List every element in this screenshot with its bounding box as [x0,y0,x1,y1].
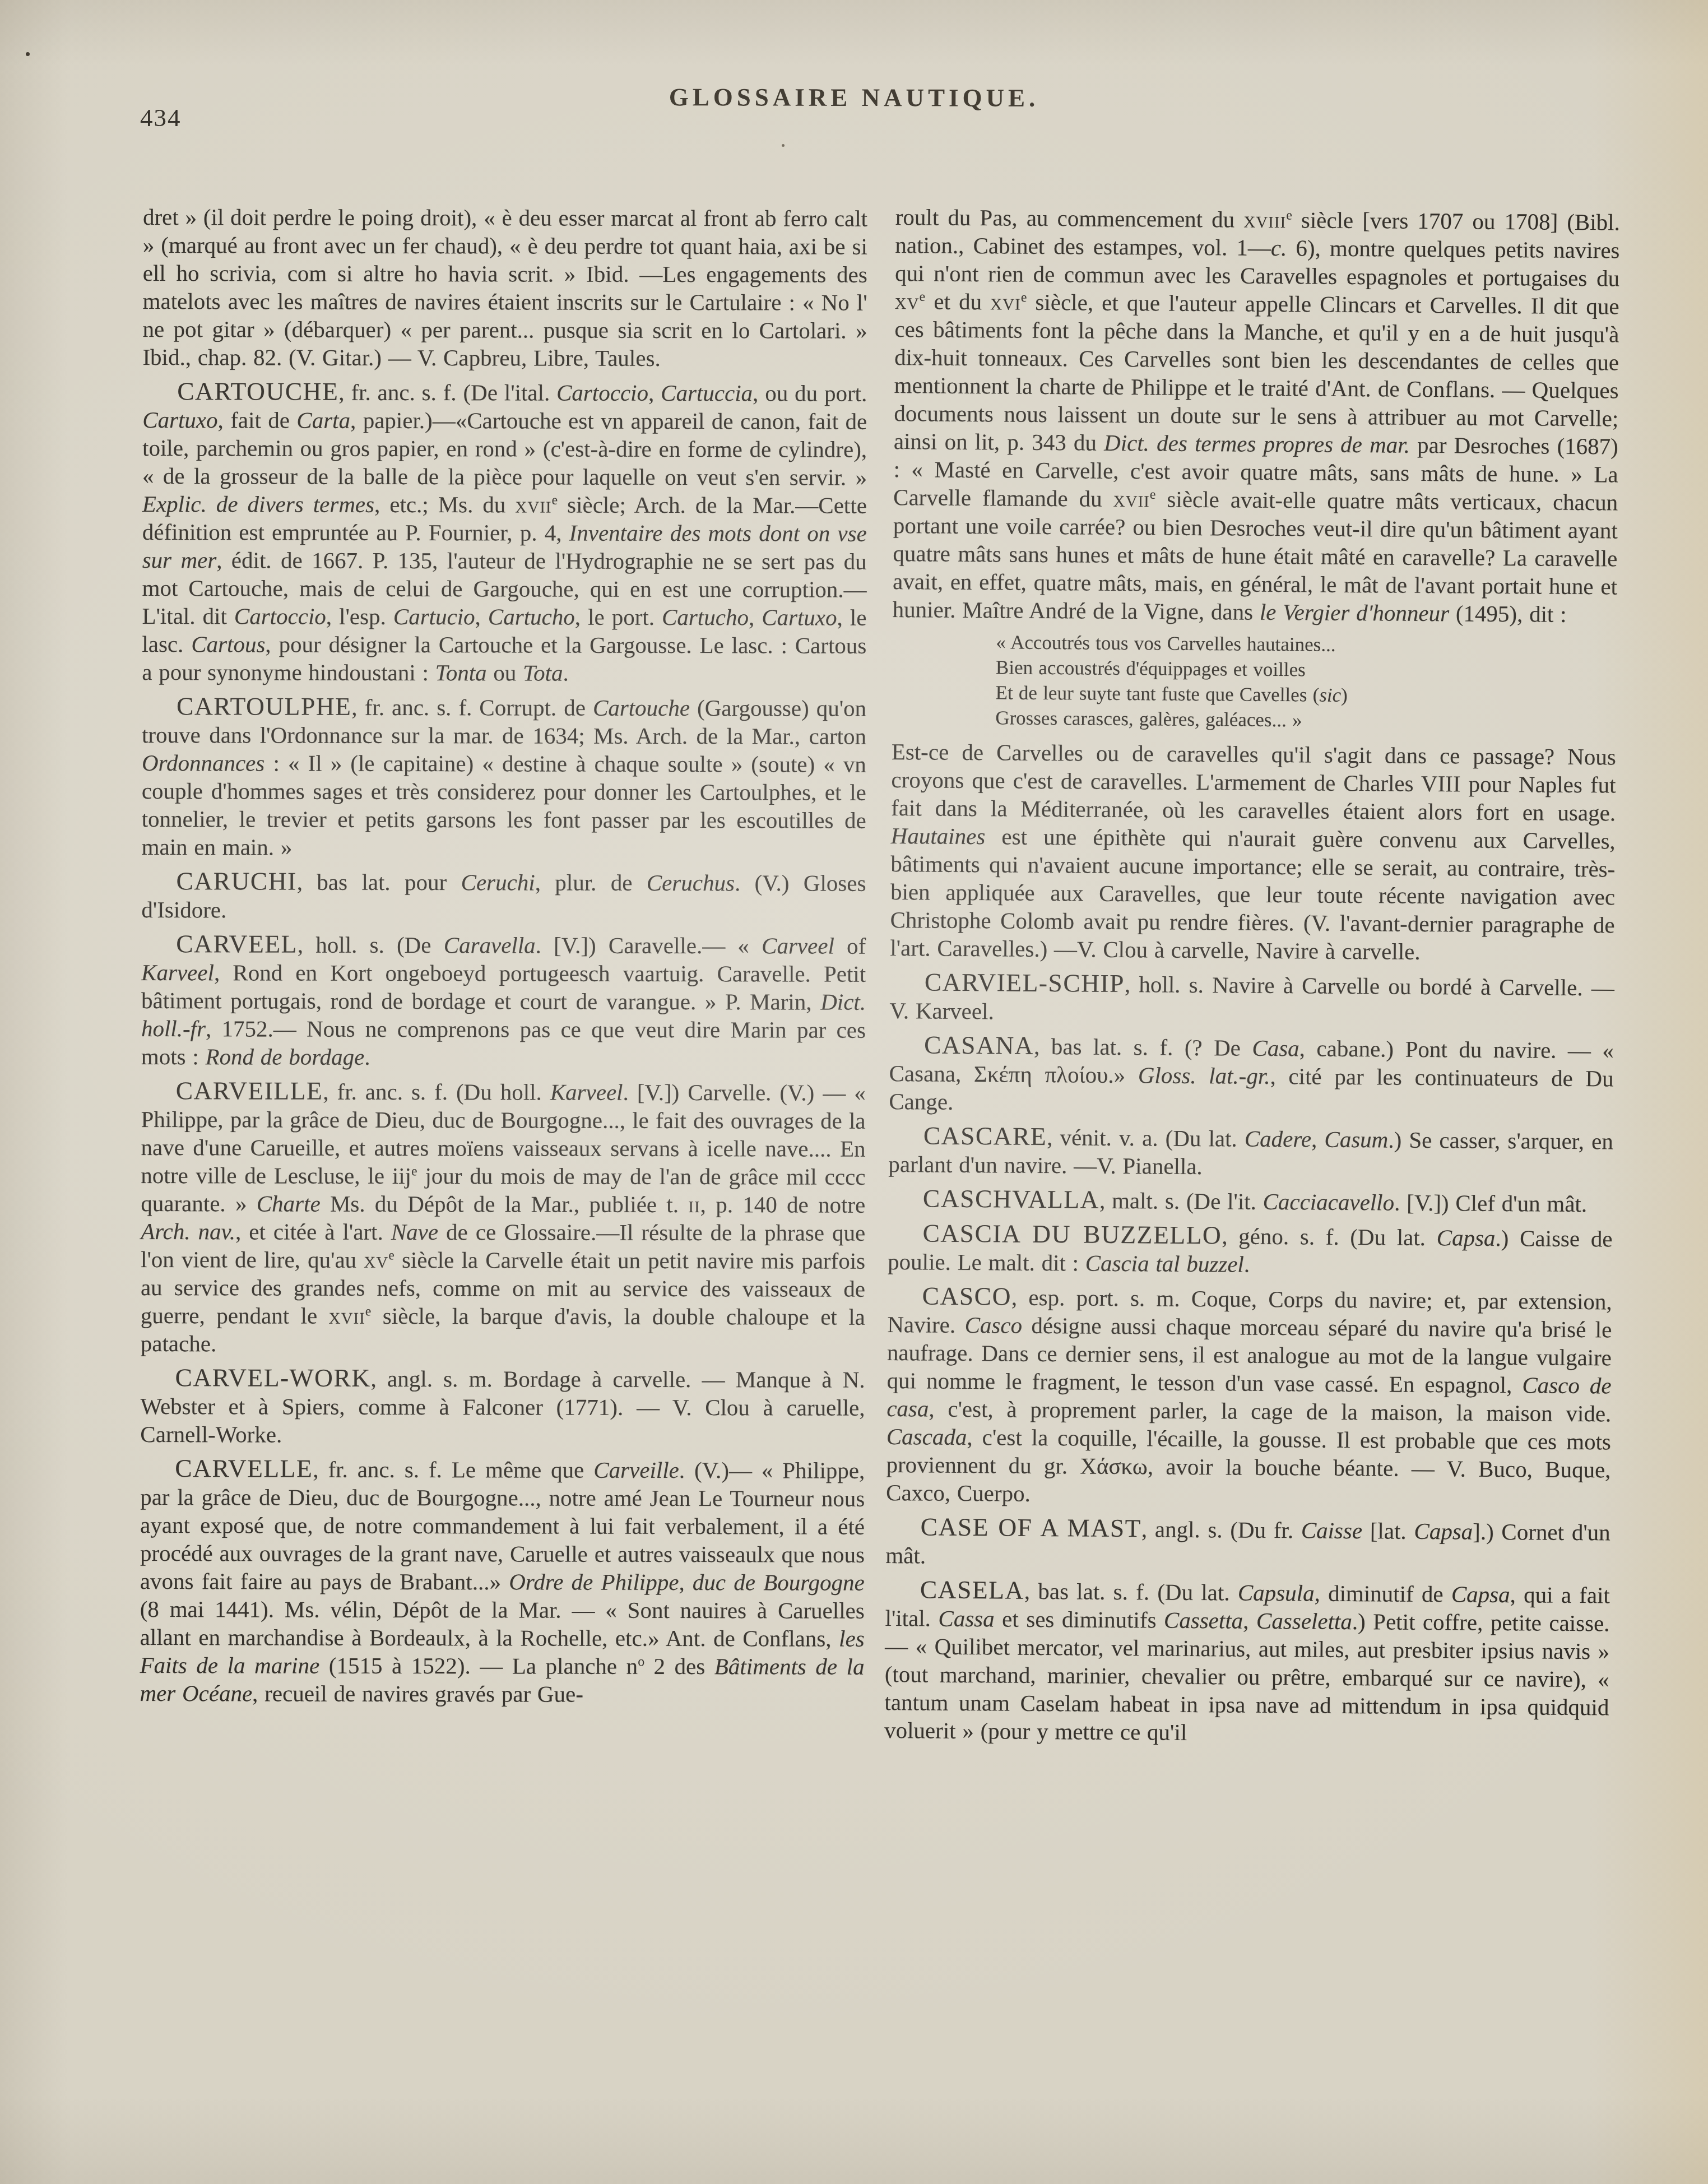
headword: CARVELLE [175,1454,313,1483]
text-run: e [1150,488,1156,502]
text-run: ) [1341,684,1348,706]
text-run: ou [487,660,523,685]
entry-carviel-schip: CARVIEL-SCHIP, holl. s. Navire à Carvell… [889,968,1614,1030]
text-run: . [V.]) Clef d'un mât. [1394,1190,1587,1217]
text-run: Casco [964,1312,1022,1338]
text-run: et du [925,288,990,314]
column-left: dret » (il doit perdre le poing droit), … [140,203,867,1746]
text-run: xvii [515,491,551,517]
text-run: Gloss. lat.-gr. [1138,1062,1270,1089]
text-run: Cascada [887,1423,967,1450]
text-run: , bas lat. pour [297,869,461,896]
entry-casco: CASCO, esp. port. s. m. Coque, Corps du … [886,1282,1612,1511]
text-run: Ceruchi [461,869,535,895]
text-run: Bien accoustrés d'équippages et voilles [996,656,1306,680]
text-run: , [1311,1126,1325,1152]
paper-speck-small [782,144,785,147]
text-run: Ordre de Philippe, duc de Bourgogne [509,1569,865,1595]
text-run: , p. 140 de notre [700,1191,866,1218]
text-run: Est-ce de Carvelles ou de caravelles qu'… [891,739,1616,826]
text-run: Cartuxo [142,407,218,433]
text-run: , angl. s. (Du fr. [1141,1516,1301,1543]
text-run: , bas lat. s. f. (? De [1034,1033,1252,1061]
text-run: . [V.]) Caravelle.— « [536,932,762,958]
entry-cascare: CASCARE, vénit. v. a. (Du lat. Cadere, C… [888,1121,1613,1183]
text-run: Carta [296,407,350,433]
text-run: xvii [1113,486,1150,512]
text-run: Dict. des termes propres de mar. [1104,430,1410,458]
verse-line: « Accoutrés tous vos Carvelles hautaines… [996,629,1617,659]
text-run: , fr. anc. s. f. (De l'ital. [338,379,556,406]
text-run: « Accoutrés tous vos Carvelles hautaines… [996,631,1336,655]
verse-line: Grosses carasces, galères, galéaces... » [995,705,1616,735]
text-run: Cascia tal buzzel [1085,1250,1245,1277]
text-run: , fr. anc. s. f. Corrupt. de [351,694,593,721]
text-run: dret » (il doit perdre le poing droit), … [142,204,867,371]
text-run: , [749,604,762,630]
text-run: Cartucho [662,604,749,630]
entry-cascia-du-buzzello: CASCIA DU BUZZELLO, géno. s. f. (Du lat.… [888,1219,1613,1281]
text-run: , fr. anc. s. f. Le même que [313,1457,593,1483]
text-run: Σκέπη πλοίου. [974,1061,1114,1088]
text-run: e [411,1164,417,1179]
running-title: GLOSSAIRE NAUTIQUE. [0,81,1708,114]
text-run: Cassa [938,1606,995,1632]
text-run: , vénit. v. a. (Du lat. [1047,1124,1245,1152]
text-run: Cartoccio [556,380,648,406]
headword: CASCO [922,1281,1012,1310]
entry-carvelle: CARVELLE, fr. anc. s. f. Le même que Car… [140,1454,865,1709]
headword: CASE OF A MAST [921,1512,1142,1542]
text-run: Cassetta [1164,1607,1243,1634]
text-run: Cartous [191,631,265,657]
text-columns: dret » (il doit perdre le poing droit), … [143,203,1620,1744]
text-run: Charte [257,1190,321,1216]
text-run: Cartouche [593,695,690,721]
entry-casela: CASELA, bas lat. s. f. (Du lat. Capsula,… [884,1575,1610,1749]
text-run: roult du Pas, au commencement du [895,204,1244,233]
text-run: , plur. de [535,869,647,895]
text-run: , recueil de navires gravés par Gue- [252,1680,583,1707]
text-run: e [1286,208,1292,222]
text-run: sic [1319,684,1341,706]
text-run: , [648,380,661,406]
text-run: (1495), dit : [1449,600,1567,627]
text-run: Karveel [550,1079,623,1105]
headword: CARTOULPHE [177,692,351,721]
text-run: , etc.; Ms. du [374,491,515,518]
text-run: , [1243,1608,1256,1634]
text-run: , [475,604,488,629]
text-run: Caravella [444,932,536,958]
column-right: roult du Pas, au commencement du xviiie … [884,203,1620,1749]
text-run: xvi [990,289,1021,314]
text-run: Cartuccia [661,380,753,406]
text-run: xvii [329,1303,365,1329]
text-run: Tonta [435,660,487,685]
continuation-cartolari: dret » (il doit perdre le poing droit), … [142,203,867,373]
continuation-carvelle: roult du Pas, au commencement du xviiie … [893,203,1620,628]
text-run: Grosses carasces, galères, galéaces... » [995,707,1302,731]
text-run: Cacciacavello [1263,1189,1394,1216]
headword: CARVIEL-SCHIP [925,967,1125,998]
headword: CASANA [924,1030,1034,1059]
paragraph-carvelles-discussion: Est-ce de Carvelles ou de caravelles qu'… [890,738,1616,967]
text-run: ii [688,1191,700,1217]
text-run: Casum [1324,1126,1388,1153]
text-run: Carveel [762,933,834,958]
entry-carveel: CARVEEL, holl. s. (De Caravella. [V.]) C… [141,930,866,1072]
text-run: , fr. anc. s. f. (Du holl. [323,1079,550,1105]
headword: CASCIA DU BUZZELLO [922,1218,1222,1249]
text-run: , c'est la coquille, l'écaille, la gouss… [886,1424,1611,1506]
text-run: . [1244,1251,1250,1277]
text-run: xviii [1243,207,1286,233]
verse-quote: « Accoutrés tous vos Carvelles hautaines… [995,629,1617,735]
page-scan: 434 GLOSSAIRE NAUTIQUE. dret » (il doit … [0,0,1708,2184]
text-run: Casseletta [1256,1608,1352,1634]
entry-casana: CASANA, bas lat. s. f. (? De Casa, caban… [889,1031,1614,1120]
entry-carveille: CARVEILLE, fr. anc. s. f. (Du holl. Karv… [141,1077,866,1359]
text-run: , diminutif de [1314,1580,1451,1607]
headword: CARVEL-WORK [175,1363,371,1392]
text-run: Cartuxo [762,604,837,630]
text-run: c. [1271,235,1287,261]
text-run: (1515 à 1522). — La planche n [319,1653,638,1679]
text-run: Capsa [1414,1518,1473,1545]
entry-cartoulphe: CARTOULPHE, fr. anc. s. f. Corrupt. de C… [142,692,867,863]
text-run: , et citée à l'art. [235,1218,391,1245]
text-run: le Vergier d'honneur [1260,599,1450,626]
text-run: Casa [1252,1035,1299,1061]
text-run: . [364,1044,370,1070]
text-run: Ordonnances [142,750,265,776]
text-run: Cartucio [393,604,475,629]
verse-line: Et de leur suyte tant fuste que Cavelles… [995,680,1616,710]
text-run: Nave [391,1219,438,1245]
text-run: Capsa [1436,1225,1495,1251]
text-run: Arch. nav. [141,1218,235,1244]
text-run: , l'esp. [326,604,393,629]
text-run: et ses diminutifs [995,1606,1164,1633]
text-run: , Rond en Kort ongeboeyd portugeesch vaa… [141,959,866,1014]
headword: CARTOUCHE [177,377,338,406]
text-run: , holl. s. (De [298,932,444,958]
page-header: 434 GLOSSAIRE NAUTIQUE. [0,83,1708,112]
text-run: Ms. du Dépôt de la Mar., publiée t. [321,1191,689,1217]
entry-cartouche: CARTOUCHE, fr. anc. s. f. (De l'ital. Ca… [142,377,867,688]
verse-line: Bien accoustrés d'équippages et voilles [996,655,1617,684]
paper-speck [26,52,30,56]
text-run: Explic. de divers termes [142,491,374,517]
text-run: xv [364,1247,388,1273]
text-run: Et de leur suyte tant fuste que Cavelles… [995,681,1319,706]
headword: CASCARE [923,1121,1047,1151]
text-run: 2 des [644,1653,714,1679]
entry-case-of-a-mast: CASE OF A MAST, angl. s. (Du fr. Caisse … [885,1513,1610,1574]
text-run: Hautaines [891,823,986,849]
text-run: e [1021,290,1027,305]
text-run: e [552,493,558,508]
text-run: , géno. s. f. (Du lat. [1222,1223,1437,1250]
text-run: e [388,1248,394,1263]
headword: CARUCHI [176,866,296,895]
text-run: of [834,933,866,959]
text-run: » [1113,1062,1138,1088]
text-run: Capsula [1238,1580,1315,1606]
text-run: xv [895,288,920,314]
text-run: (8 mai 1441). Ms. vélin, Dépôt de la Mar… [140,1596,865,1652]
text-run: Tota [523,660,563,685]
text-run: , fait de [218,407,297,433]
text-run: , ou du port. [753,380,867,406]
text-run: e [365,1304,372,1319]
headword: CASELA [920,1575,1024,1604]
entry-carvel-work: CARVEL-WORK, angl. s. m. Bordage à carve… [140,1364,865,1450]
text-run: Cadere [1245,1126,1312,1152]
text-run: est une épithète qui n'aurait guère conv… [890,823,1616,965]
text-run: , c'est, à proprement parler, la cage de… [929,1395,1611,1426]
text-run: Rond de bordage [205,1044,364,1070]
text-run: [lat. [1362,1518,1414,1544]
text-run: . [563,660,568,686]
text-run: , malt. s. (De l'it. [1099,1188,1263,1214]
text-run: Caisse [1301,1517,1363,1543]
text-run: , bas lat. s. f. (Du lat. [1024,1578,1238,1606]
text-run: Cartucho [488,604,575,629]
text-run: Karveel [141,959,214,985]
headword: CARVEILLE [176,1076,323,1105]
headword: CASCHVALLA [923,1184,1099,1213]
text-run: Ceruchus [647,870,735,896]
text-run: , le port. [575,604,662,630]
text-run: Carveille [593,1457,679,1483]
text-run: Capsa [1451,1581,1510,1607]
entry-caschvalla: CASCHVALLA, malt. s. (De l'it. Cacciacav… [888,1184,1613,1218]
entry-caruchi: CARUCHI, bas lat. pour Ceruchi, plur. de… [141,867,866,925]
text-run: o [638,1654,644,1669]
text-run: Cartoccio [234,603,326,629]
headword: CARVEEL [176,929,298,958]
